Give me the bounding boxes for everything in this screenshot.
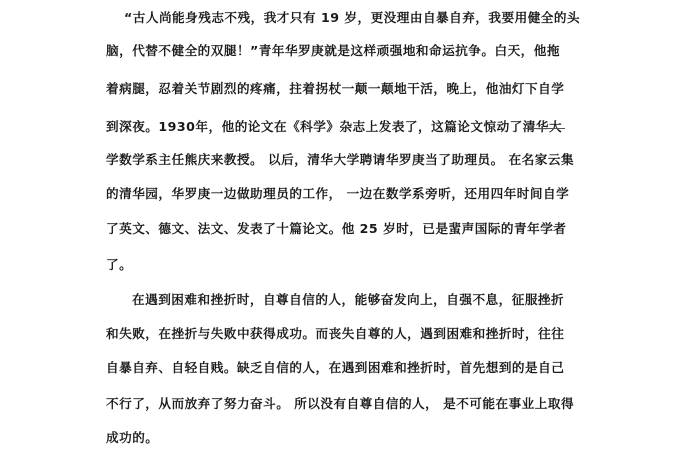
text-line: 不行了，从而放弃了努力奋斗。 所以没有自尊自信的人， 是不可能在事业上取得: [106, 396, 574, 412]
text-line: 自暴自弃、自轻自贱。缺乏自信的人，在遇到困难和挫折时，首先想到的是自己: [106, 360, 564, 376]
text-line: 成功的。: [106, 430, 158, 446]
text-line: 学数学系主任熊庆来教授。 以后，清华大学聘请华罗庚当了助理员。 在名家云集: [106, 152, 574, 168]
document-page: “古人尚能身残志不残，我才只有 19 岁，更没理由自暴自弃，我要用健全的头 脑，…: [0, 0, 700, 470]
text-line: 了。: [106, 257, 132, 273]
text-line: 在遇到困难和挫折时，自尊自信的人，能够奋发向上，自强不息，征服挫折: [132, 292, 564, 308]
text-line: 着病腿，忍着关节剧烈的疼痛，拄着拐杖一颠一颠地干活，晚上，他油灯下自学: [106, 81, 564, 97]
text-line: 脑，代替不健全的双腿！”青年华罗庚就是这样顽强地和命运抗争。白天，他拖: [106, 43, 560, 59]
text-line: 到深夜。1930年，他的论文在《科学》杂志上发表了，这篇论文惊动了清华大: [106, 119, 562, 135]
text-line: 的清华园，华罗庚一边做助理员的工作， 一边在数学系旁听，还用四年时间自学: [106, 186, 569, 202]
text-line: “古人尚能身残志不残，我才只有 19 岁，更没理由自暴自弃，我要用健全的头: [124, 10, 580, 26]
text-line: 了英文、德文、法文、发表了十篇论文。他 25 岁时，已是蜚声国际的青年学者: [106, 221, 566, 237]
text-line: 和失败，在挫折与失败中获得成功。而丧失自尊的人，遇到困难和挫折时，往往: [106, 326, 564, 342]
fill-in-blank: [523, 128, 565, 129]
